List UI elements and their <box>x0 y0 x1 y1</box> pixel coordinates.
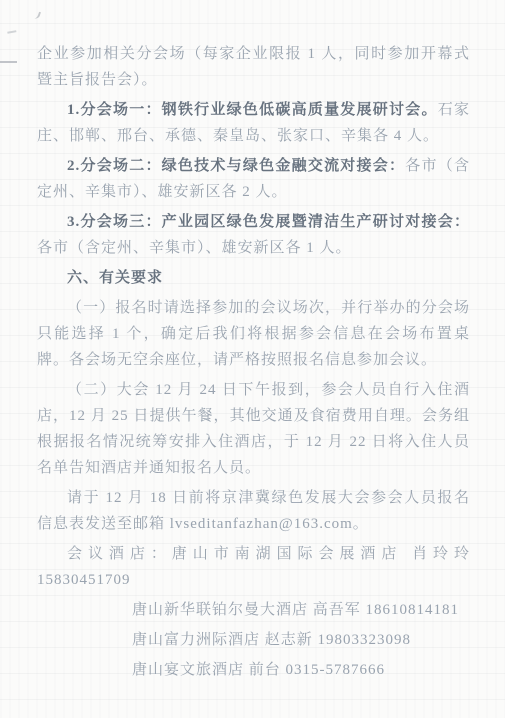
document-body: 企业参加相关分会场（每家企业限报 1 人，同时参加开幕式暨主旨报告会）。1.分会… <box>37 41 470 687</box>
text-run: 请于 12 月 18 日前将京津冀绿色发展大会参会人员报名信息表发送至邮箱 lv… <box>37 490 470 532</box>
paragraph-intro-continuation: 企业参加相关分会场（每家企业限报 1 人，同时参加开幕式暨主旨报告会）。 <box>37 41 470 93</box>
paragraph-subvenue-1: 1.分会场一：钢铁行业绿色低碳高质量发展研讨会。石家庄、邯郸、邢台、承德、秦皇岛… <box>37 97 470 149</box>
text-run: 唐山新华联铂尔曼大酒店 高吾军 18610814181 <box>132 602 459 618</box>
paragraph-subvenue-2: 2.分会场二：绿色技术与绿色金融交流对接会：各市（含定州、辛集市）、雄安新区各 … <box>37 153 470 205</box>
text-run-bold: 2.分会场二：绿色技术与绿色金融交流对接会： <box>67 158 405 174</box>
text-run-bold: 六、有关要求 <box>67 270 163 286</box>
text-run-bold: 1.分会场一：钢铁行业绿色低碳高质量发展研讨会。 <box>67 102 438 118</box>
paragraph-requirement-2: （二）大会 12 月 24 日下午报到，参会人员自行入住酒店，12 月 25 日… <box>37 377 470 481</box>
paragraph-requirement-1: （一）报名时请选择参加的会议场次，并行举办的分会场只能选择 1 个，确定后我们将… <box>37 295 470 373</box>
paragraph-hotel-3: 唐山富力洲际酒店 赵志新 19803323098 <box>132 627 470 653</box>
scan-artifact-dash <box>0 61 17 63</box>
text-run: 会议酒店：唐山市南湖国际会展酒店 肖玲玲 15830451709 <box>37 546 470 588</box>
text-run: 各市（含定州、辛集市）、雄安新区各 1 人。 <box>37 240 352 256</box>
paragraph-hotel-1: 会议酒店：唐山市南湖国际会展酒店 肖玲玲 15830451709 <box>37 541 470 593</box>
text-run: （一）报名时请选择参加的会议场次，并行举办的分会场只能选择 1 个，确定后我们将… <box>37 300 470 368</box>
text-run: （二）大会 12 月 24 日下午报到，参会人员自行入住酒店，12 月 25 日… <box>37 382 470 476</box>
text-run-bold: 3.分会场三：产业园区绿色发展暨清洁生产研讨对接会： <box>67 214 470 230</box>
paragraph-subvenue-3: 3.分会场三：产业园区绿色发展暨清洁生产研讨对接会：各市（含定州、辛集市）、雄安… <box>37 209 470 261</box>
paragraph-section-heading-requirements: 六、有关要求 <box>37 265 470 291</box>
scanned-document-page: 企业参加相关分会场（每家企业限报 1 人，同时参加开幕式暨主旨报告会）。1.分会… <box>0 0 505 718</box>
paragraph-hotel-2: 唐山新华联铂尔曼大酒店 高吾军 18610814181 <box>132 597 470 623</box>
scan-artifact-tick-icon <box>7 26 17 33</box>
text-run: 唐山宴文旅酒店 前台 0315-5787666 <box>132 662 385 678</box>
scan-artifact-tick-icon <box>32 10 41 20</box>
text-run: 唐山富力洲际酒店 赵志新 19803323098 <box>132 632 411 648</box>
paragraph-registration-email: 请于 12 月 18 日前将京津冀绿色发展大会参会人员报名信息表发送至邮箱 lv… <box>37 485 470 537</box>
text-run: 企业参加相关分会场（每家企业限报 1 人，同时参加开幕式暨主旨报告会）。 <box>37 46 470 88</box>
paragraph-hotel-4: 唐山宴文旅酒店 前台 0315-5787666 <box>132 657 470 683</box>
